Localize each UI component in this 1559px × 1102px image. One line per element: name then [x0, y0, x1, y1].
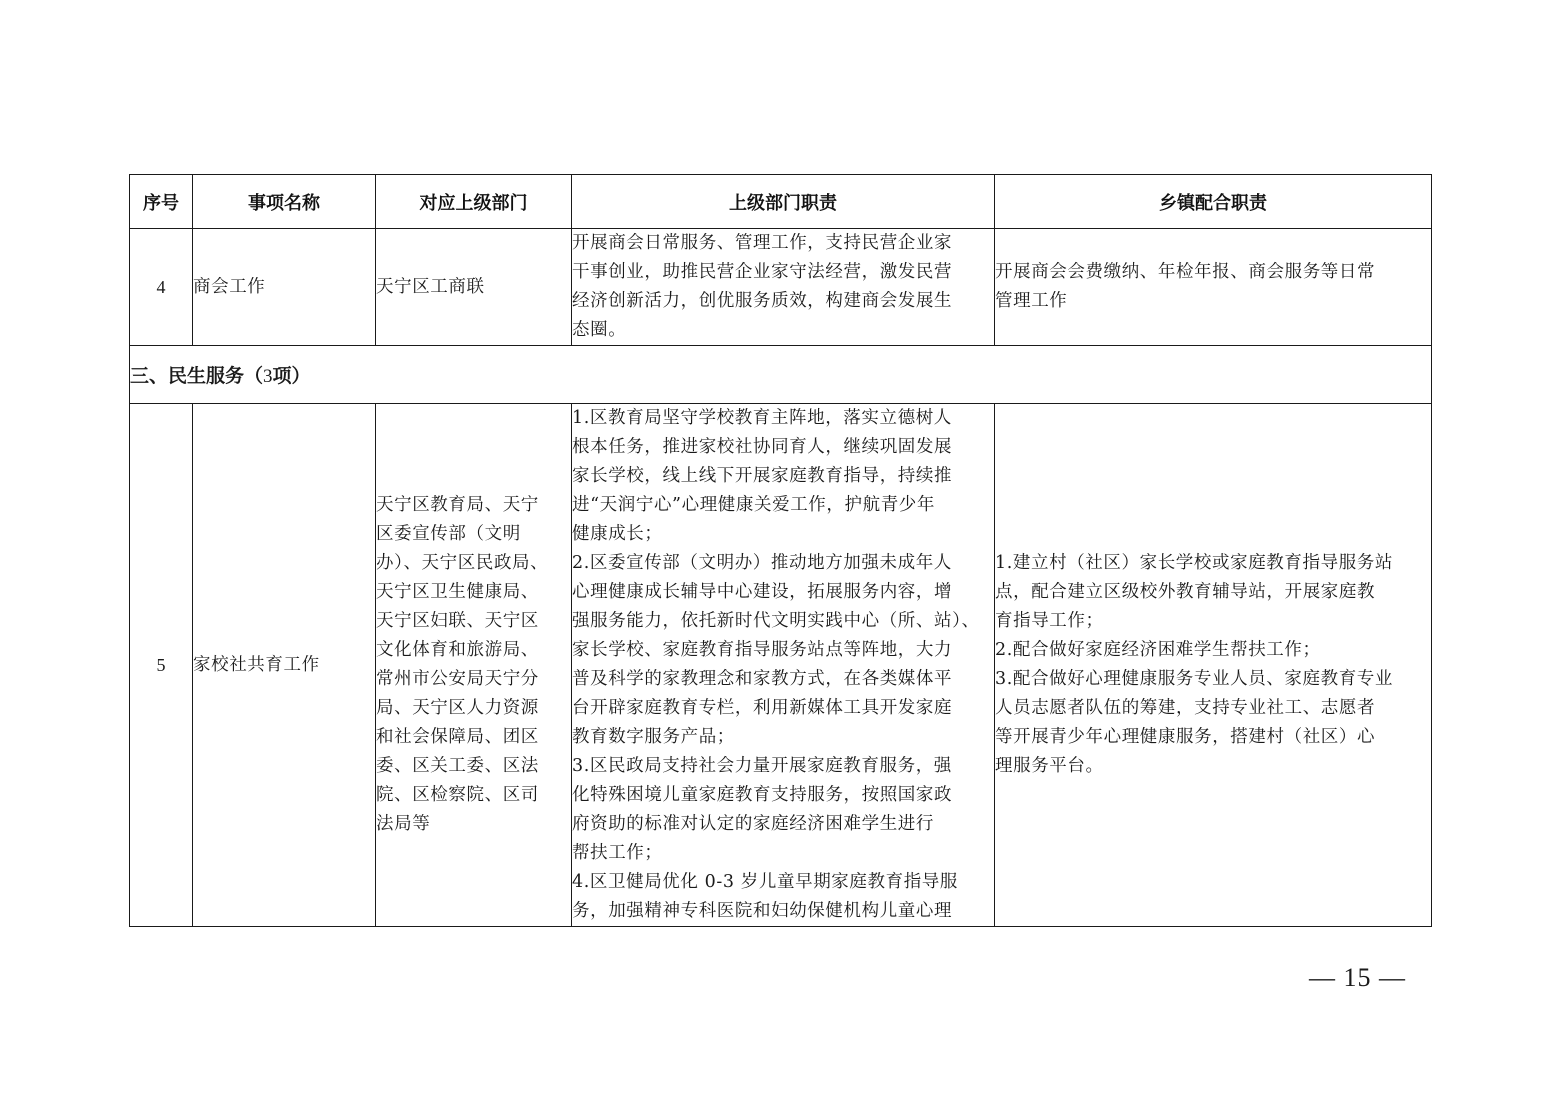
text-line: 3.区民政局支持社会力量开展家庭教育服务，强: [572, 752, 994, 781]
table-header-row: 序号 事项名称 对应上级部门 上级部门职责 乡镇配合职责: [130, 175, 1432, 229]
header-upper-duty: 上级部门职责: [572, 175, 995, 229]
section-suffix: 项）: [273, 365, 311, 387]
text-line: 点，配合建立区级校外教育辅导站，开展家庭教: [995, 578, 1431, 607]
header-upper-dept: 对应上级部门: [376, 175, 572, 229]
text-line: 普及科学的家教理念和家教方式，在各类媒体平: [572, 665, 994, 694]
text-line: 心理健康成长辅导中心建设，拓展服务内容，增: [572, 578, 994, 607]
text-line: 家长学校、家庭教育指导服务站点等阵地，大力: [572, 636, 994, 665]
text-line: 府资助的标准对认定的家庭经济困难学生进行: [572, 810, 994, 839]
text-line: 态圈。: [572, 316, 994, 345]
text-line: 常州市公安局天宁分: [376, 665, 571, 694]
text-line: 台开辟家庭教育专栏，利用新媒体工具开发家庭: [572, 694, 994, 723]
text-line: 开展商会会费缴纳、年检年报、商会服务等日常: [995, 258, 1431, 287]
section-count: 3: [263, 366, 273, 387]
town-duty: 1.建立村（社区）家长学校或家庭教育指导服务站 点，配合建立区级校外教育辅导站，…: [995, 404, 1432, 927]
text-line: 法局等: [376, 810, 571, 839]
header-item-name: 事项名称: [193, 175, 376, 229]
text-line: 天宁区教育局、天宁: [376, 491, 571, 520]
text-line: 人员志愿者队伍的筹建，支持专业社工、志愿者: [995, 694, 1431, 723]
text-line: 进“天润宁心”心理健康关爱工作，护航青少年: [572, 491, 994, 520]
text-line: 经济创新活力，创优服务质效，构建商会发展生: [572, 287, 994, 316]
text-line: 帮扶工作；: [572, 839, 994, 868]
text-line: 2.配合做好家庭经济困难学生帮扶工作；: [995, 636, 1431, 665]
item-name: 商会工作: [193, 229, 376, 346]
section-heading: 三、民生服务（3项）: [130, 346, 1432, 404]
text-line: 3.配合做好心理健康服务专业人员、家庭教育专业: [995, 665, 1431, 694]
text-line: 等开展青少年心理健康服务，搭建村（社区）心: [995, 723, 1431, 752]
upper-dept: 天宁区工商联: [376, 229, 572, 346]
town-duty: 开展商会会费缴纳、年检年报、商会服务等日常 管理工作: [995, 229, 1432, 346]
text-line: 2.区委宣传部（文明办）推动地方加强未成年人: [572, 549, 994, 578]
text-line: 院、区检察院、区司: [376, 781, 571, 810]
text-line: 天宁区卫生健康局、: [376, 578, 571, 607]
text-line: 干事创业，助推民营企业家守法经营，激发民营: [572, 258, 994, 287]
upper-duty: 1.区教育局坚守学校教育主阵地，落实立德树人 根本任务，推进家校社协同育人，继续…: [572, 404, 995, 927]
text-line: 文化体育和旅游局、: [376, 636, 571, 665]
text-line: 化特殊困境儿童家庭教育支持服务，按照国家政: [572, 781, 994, 810]
text-line: 健康成长；: [572, 520, 994, 549]
section-prefix: 三、民生服务（: [130, 365, 263, 387]
header-no: 序号: [130, 175, 193, 229]
text-line: 委、区关工委、区法: [376, 752, 571, 781]
text-line: 家长学校，线上线下开展家庭教育指导，持续推: [572, 462, 994, 491]
text-line: 办）、天宁区民政局、: [376, 549, 571, 578]
text-line: 局、天宁区人力资源: [376, 694, 571, 723]
page-number: — 15 —: [1309, 963, 1406, 993]
text-line: 理服务平台。: [995, 752, 1431, 781]
text-line: 1.建立村（社区）家长学校或家庭教育指导服务站: [995, 549, 1431, 578]
item-name: 家校社共育工作: [193, 404, 376, 927]
text-line: 根本任务，推进家校社协同育人，继续巩固发展: [572, 433, 994, 462]
text-line: 开展商会日常服务、管理工作，支持民营企业家: [572, 229, 994, 258]
text-line: 1.区教育局坚守学校教育主阵地，落实立德树人: [572, 404, 994, 433]
text-line: 区委宣传部（文明: [376, 520, 571, 549]
text-line: 管理工作: [995, 287, 1431, 316]
text-line: 强服务能力，依托新时代文明实践中心（所、站）、: [572, 607, 994, 636]
row-number: 4: [130, 229, 193, 346]
text-line: 教育数字服务产品；: [572, 723, 994, 752]
row-number: 5: [130, 404, 193, 927]
header-town-duty: 乡镇配合职责: [995, 175, 1432, 229]
table-row: 4 商会工作 天宁区工商联 开展商会日常服务、管理工作，支持民营企业家 干事创业…: [130, 229, 1432, 346]
section-row: 三、民生服务（3项）: [130, 346, 1432, 404]
upper-duty: 开展商会日常服务、管理工作，支持民营企业家 干事创业，助推民营企业家守法经营，激…: [572, 229, 995, 346]
text-line: 4.区卫健局优化 0-3 岁儿童早期家庭教育指导服: [572, 868, 994, 897]
upper-dept: 天宁区教育局、天宁 区委宣传部（文明 办）、天宁区民政局、 天宁区卫生健康局、 …: [376, 404, 572, 927]
text-line: 育指导工作；: [995, 607, 1431, 636]
text-line: 务，加强精神专科医院和妇幼保健机构儿童心理: [572, 897, 994, 926]
text-line: 和社会保障局、团区: [376, 723, 571, 752]
responsibility-table: 序号 事项名称 对应上级部门 上级部门职责 乡镇配合职责 4 商会工作 天宁区工…: [129, 174, 1432, 927]
table-row: 5 家校社共育工作 天宁区教育局、天宁 区委宣传部（文明 办）、天宁区民政局、 …: [130, 404, 1432, 927]
text-line: 天宁区妇联、天宁区: [376, 607, 571, 636]
